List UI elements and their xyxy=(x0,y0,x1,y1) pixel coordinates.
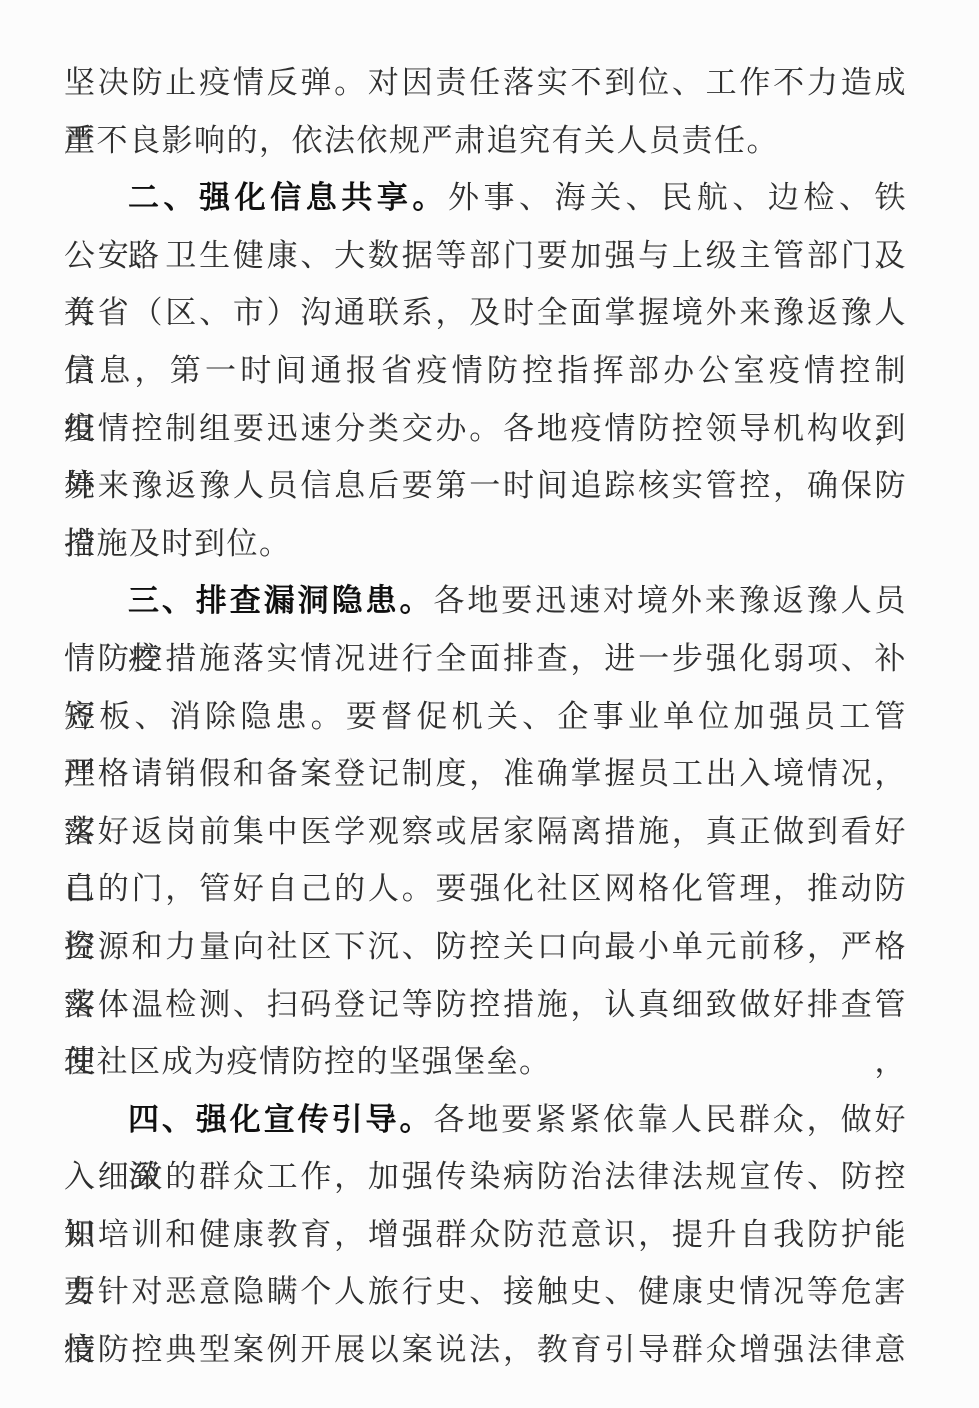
line-text: 重不良影响的，依法依规严肃追究有关人员责任。 xyxy=(64,123,779,158)
paragraph-first-line: 四、强化宣传引导。各地要紧紧依靠人民群众，做好深 xyxy=(64,1091,907,1149)
text-line: 严格请销假和备案登记制度，准确掌握员工出入境情况，落 xyxy=(64,745,907,803)
line-text: 情防控典型案例开展以案说法，教育引导群众增强法律意 xyxy=(64,1332,907,1367)
text-line: 公安、卫生健康、大数据等部门要加强与上级主管部门及有 xyxy=(64,227,907,285)
section-heading: 四、强化宣传引导。 xyxy=(128,1102,433,1137)
text-line: 疫情控制组要迅速分类交办。各地疫情防控领导机构收到境 xyxy=(64,400,907,458)
text-line: 资源和力量向社区下沉、防控关口向最小单元前移，严格落 xyxy=(64,918,907,976)
line-text: 使社区成为疫情防控的坚强堡垒。 xyxy=(64,1044,552,1079)
text-line: 关省（区、市）沟通联系，及时全面掌握境外来豫返豫人员 xyxy=(64,284,907,342)
paragraph-first-line: 三、排查漏洞隐患。各地要迅速对境外来豫返豫人员疫 xyxy=(64,572,907,630)
text-line: 情防控措施落实情况进行全面排查，进一步强化弱项、补齐 xyxy=(64,630,907,688)
text-line: 识培训和健康教育，增强群众防范意识，提升自我防护能力。 xyxy=(64,1206,907,1264)
text-line: 实体温检测、扫码登记等防控措施，认真细致做好排查管理， xyxy=(64,976,907,1034)
text-line: 己的门，管好自己的人。要强化社区网格化管理，推动防控 xyxy=(64,860,907,918)
line-text: 措施及时到位。 xyxy=(64,526,292,561)
text-line: 坚决防止疫情反弹。对因责任落实不到位、工作不力造成严 xyxy=(64,54,907,112)
text-line: 措施及时到位。 xyxy=(64,515,907,573)
section-heading: 二、强化信息共享。 xyxy=(128,180,448,215)
section-heading: 三、排查漏洞隐患。 xyxy=(128,583,433,618)
text-line: 情防控典型案例开展以案说法，教育引导群众增强法律意 xyxy=(64,1321,907,1379)
text-line: 外来豫返豫人员信息后要第一时间追踪核实管控，确保防控 xyxy=(64,457,907,515)
text-line: 短板、消除隐患。要督促机关、企事业单位加强员工管理， xyxy=(64,688,907,746)
text-line: 要针对恶意隐瞒个人旅行史、接触史、健康史情况等危害疫 xyxy=(64,1263,907,1321)
paragraph-first-line: 二、强化信息共享。外事、海关、民航、边检、铁路、 xyxy=(64,169,907,227)
document-page: 坚决防止疫情反弹。对因责任落实不到位、工作不力造成严重不良影响的，依法依规严肃追… xyxy=(0,0,979,1408)
text-line: 重不良影响的，依法依规严肃追究有关人员责任。 xyxy=(64,112,907,170)
text-line: 信息，第一时间通报省疫情防控指挥部办公室疫情控制组， xyxy=(64,342,907,400)
text-line: 入细致的群众工作，加强传染病防治法律法规宣传、防控知 xyxy=(64,1148,907,1206)
text-line: 实好返岗前集中医学观察或居家隔离措施，真正做到看好自 xyxy=(64,803,907,861)
